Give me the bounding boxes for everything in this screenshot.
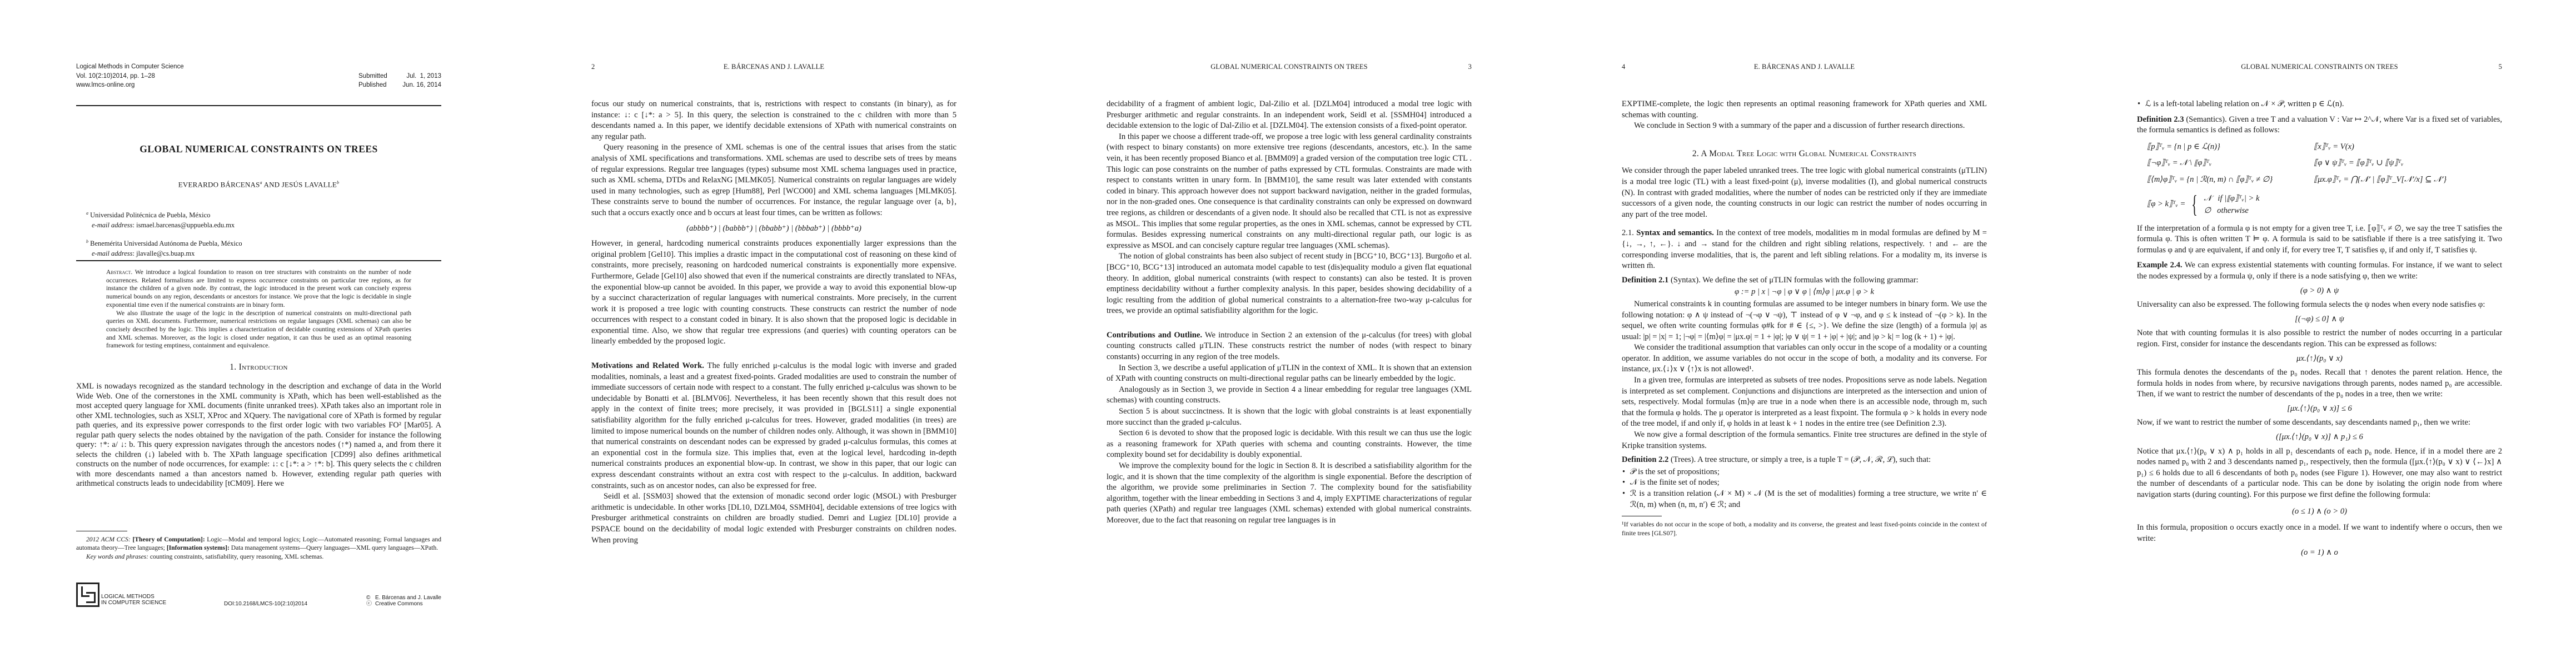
- paragraph: In this paper we choose a different trad…: [1107, 132, 1472, 252]
- affiliation-a: a Universidad Politécnica de Puebla, Méx…: [86, 208, 431, 230]
- definition-2-1: Definition 2.1 (Syntax). We define the s…: [1622, 275, 1987, 286]
- section-2-title: 2. A Modal Tree Logic with Global Numeri…: [1622, 148, 1987, 160]
- paragraph: 2.1. Syntax and semantics. In the contex…: [1622, 228, 1987, 271]
- lmcs-logo-icon: [76, 583, 99, 607]
- paragraph: This formula denotes the descendants of …: [2137, 367, 2502, 400]
- keywords: Key words and phrases: counting constrai…: [76, 553, 441, 561]
- definition-label: Definition 2.1: [1622, 276, 1668, 285]
- running-title: E. BÁRCENAS AND J. LAVALLE: [1622, 63, 1987, 71]
- published-label: Published: [358, 81, 387, 90]
- definition-label: Definition 2.2: [1622, 455, 1668, 464]
- email-label-b: e-mail address: [92, 250, 133, 257]
- example-2-4: Example 2.4. We can express existential …: [2137, 260, 2502, 282]
- acm-ccs: 2012 ACM CCS: [Theory of Computation]: L…: [76, 536, 441, 552]
- paragraph: Analogously as in Section 3, we provide …: [1107, 385, 1472, 406]
- creative-commons-icon: ⓒ: [366, 601, 375, 607]
- section-1-title: 1. Introduction: [76, 362, 441, 372]
- page-body: EXPTIME-complete, the logic then represe…: [1622, 99, 1987, 537]
- paragraph: Section 6 is devoted to show that the pr…: [1107, 428, 1472, 461]
- keywords-label: Key words and phrases:: [86, 553, 148, 560]
- ccs-category-1: [Theory of Computation]:: [132, 536, 205, 543]
- case-2: ∅ otherwise: [2204, 205, 2260, 217]
- subsection-number: 2.1.: [1622, 228, 1634, 237]
- list-item: ℛ is a transition relation (𝒩 × M) × 𝒩 (…: [1622, 489, 1987, 510]
- page-body: focus our study on numerical constraints…: [591, 99, 956, 546]
- definition-2-3: Definition 2.3 (Semantics). Given a tree…: [2137, 115, 2502, 136]
- paragraph: We consider the traditional assumption t…: [1622, 342, 1987, 375]
- paragraph: In Section 3, we describe a useful appli…: [1107, 363, 1472, 385]
- paragraph: The notion of global constraints has bee…: [1107, 251, 1472, 317]
- page-body: decidability of a fragment of ambient lo…: [1107, 99, 1472, 526]
- paragraph: We now give a formal description of the …: [1622, 430, 1987, 451]
- paragraph: Note that with counting formulas it is a…: [2137, 328, 2502, 350]
- page-2: 2 E. BÁRCENAS AND J. LAVALLE focus our s…: [515, 0, 1030, 667]
- running-title: E. BÁRCENAS AND J. LAVALLE: [591, 63, 956, 71]
- counting-semantics: ⟦φ > k⟧ᵀᵥ = { 𝒩 if |⟦φ⟧ᵀᵥ| > k ∅ otherwi…: [2147, 192, 2502, 217]
- footnote-rule: [1622, 516, 1662, 516]
- example-label: Example 2.4.: [2137, 261, 2183, 270]
- intro-text: XML is nowadays recognized as the standa…: [76, 382, 441, 489]
- paragraph: Seidl et al. [SSM03] showed that the ext…: [591, 491, 956, 546]
- paragraph: Now, if we want to restrict the number o…: [2137, 417, 2502, 429]
- license[interactable]: Creative Commons: [375, 601, 423, 607]
- tree-components-list-cont: ℒ is a left-total labeling relation on 𝒩…: [2137, 99, 2502, 110]
- submission-dates: Submitted Jul. 1, 2013 Published Jun. 16…: [358, 72, 441, 90]
- affiliation-b-name: Benemérita Universidad Autónoma de Puebl…: [90, 240, 242, 247]
- doi[interactable]: DOI:10.2168/LMCS-10(2:10)2014: [224, 601, 307, 607]
- list-item: ℒ is a left-total labeling relation on 𝒩…: [2137, 99, 2502, 110]
- ccs-category-2: [Information systems]:: [167, 544, 230, 551]
- paragraph: We consider through the paper labeled un…: [1622, 166, 1987, 220]
- journal-name: Logical Methods in Computer Science: [76, 62, 184, 72]
- paragraph: Motivations and Related Work. The fully …: [591, 361, 956, 491]
- email-a[interactable]: ismael.barcenas@uppuebla.edu.mx: [136, 221, 235, 229]
- semantic-rule: ⟦μx.φ⟧ᵀᵥ = ⋂{𝒩′ | ⟦φ⟧ᵀ_V[𝒩′/x] ⊆ 𝒩′}: [2314, 175, 2502, 186]
- tree-components-list: 𝒫 is the set of propositions; 𝒩 is the f…: [1622, 467, 1987, 510]
- paragraph: We improve the complexity bound for the …: [1107, 461, 1472, 526]
- journal-volume: Vol. 10(2:10)2014, pp. 1–28: [76, 72, 184, 81]
- footnotes-area: 2012 ACM CCS: [Theory of Computation]: L…: [76, 531, 441, 561]
- abstract-label: Abstract.: [106, 268, 132, 276]
- definition-text: We define the set of μTLIN formulas with…: [1701, 276, 1919, 285]
- affiliation-b: b Benemérita Universidad Autónoma de Pue…: [86, 237, 431, 258]
- paragraph: decidability of a fragment of ambient lo…: [1107, 99, 1472, 132]
- running-title: GLOBAL NUMERICAL CONSTRAINTS ON TREES: [1107, 63, 1472, 71]
- display-formula: [μx.⟨↑⟩(p₀ ∨ x)] ≤ 6: [2137, 404, 2502, 415]
- authors: EVERARDO BÁRCENASa AND JESÚS LAVALLEb: [76, 180, 441, 189]
- running-header: GLOBAL NUMERICAL CONSTRAINTS ON TREES 3: [1107, 63, 1472, 73]
- author-2-sup: b: [337, 180, 339, 185]
- affiliation-a-name: Universidad Politécnica de Puebla, Méxic…: [90, 211, 210, 219]
- semantic-rule: ⟦¬φ⟧ᵀᵥ = 𝒩 \ ⟦φ⟧ᵀᵥ: [2147, 158, 2314, 169]
- affiliation-b-sup: b: [86, 239, 88, 244]
- semantic-rule: ⟦p⟧ᵀᵥ = {n | p ∈ ℒ(n)}: [2147, 142, 2314, 153]
- page-footer: LOGICAL METHODS IN COMPUTER SCIENCE DOI:…: [76, 583, 441, 610]
- definition-text: A tree structure, or simply a tree, is a…: [1696, 455, 1931, 464]
- author-1: EVERARDO BÁRCENAS: [178, 180, 260, 188]
- definition-name: (Trees).: [1668, 455, 1696, 464]
- running-header: 4 E. BÁRCENAS AND J. LAVALLE: [1622, 63, 1987, 73]
- authors-and: AND: [262, 180, 282, 188]
- abstract-p1: We introduce a logical foundation to rea…: [106, 268, 411, 308]
- semantics-table: ⟦p⟧ᵀᵥ = {n | p ∈ ℒ(n)} ⟦x⟧ᵀᵥ = V(x) ⟦¬φ⟧…: [2147, 142, 2502, 186]
- definition-label: Definition 2.3: [2137, 115, 2184, 124]
- page-number: 5: [2499, 63, 2502, 71]
- semantic-rule: ⟦⟨m⟩φ⟧ᵀᵥ = {n | ℛ(n, m) ∩ ⟦φ⟧ᵀᵥ ≠ ∅}: [2147, 175, 2314, 186]
- example-text: We can express existential statements wi…: [2137, 261, 2502, 281]
- ccs-text-2: Data management systems—Query languages—…: [230, 544, 438, 551]
- paragraph: If the interpretation of a formula φ is …: [2137, 223, 2502, 256]
- display-formula: (φ > 0) ∧ ψ: [2137, 286, 2502, 297]
- paragraph-text: The fully enriched μ-calculus is the mod…: [591, 361, 956, 490]
- definition-name: (Syntax).: [1668, 276, 1701, 285]
- paragraph: Contributions and Outline. We introduce …: [1107, 330, 1472, 363]
- keywords-text: counting constraints, satisfiability, qu…: [148, 553, 323, 560]
- page-1: Logical Methods in Computer Science Vol.…: [0, 0, 515, 667]
- affiliation-a-sup: a: [86, 211, 88, 216]
- logo-text-2: IN COMPUTER SCIENCE: [101, 600, 166, 606]
- journal-info: Logical Methods in Computer Science Vol.…: [76, 62, 184, 90]
- logo-text-1: LOGICAL METHODS: [101, 594, 166, 600]
- display-formula: (o = 1) ∧ o: [2137, 547, 2502, 559]
- subsection-heading: Syntax and semantics.: [1636, 228, 1714, 237]
- abstract-p2: We also illustrate the usage of the logi…: [106, 310, 411, 351]
- page-3: GLOBAL NUMERICAL CONSTRAINTS ON TREES 3 …: [1030, 0, 1546, 667]
- copyright-icon: ©: [366, 595, 375, 601]
- motivations-heading: Motivations and Related Work.: [591, 361, 704, 370]
- abstract: Abstract. We introduce a logical foundat…: [106, 268, 411, 350]
- submitted-label: Submitted: [358, 72, 387, 81]
- page-number: 3: [1468, 63, 1472, 71]
- author-2: JESÚS LAVALLE: [282, 180, 337, 188]
- counting-lhs: ⟦φ > k⟧ᵀᵥ =: [2147, 199, 2185, 210]
- list-item: 𝒫 is the set of propositions;: [1622, 467, 1987, 478]
- paper-title: GLOBAL NUMERICAL CONSTRAINTS ON TREES: [76, 143, 441, 155]
- paragraph: Notice that μx.⟨↑⟩(p₀ ∨ x) ∧ p₁ holds in…: [2137, 446, 2502, 501]
- paragraph: Section 5 is about succinctness. It is s…: [1107, 406, 1472, 428]
- definition-name: (Semantics).: [2184, 115, 2227, 124]
- email-label-a: e-mail address: [92, 221, 133, 229]
- semantic-rule: ⟦x⟧ᵀᵥ = V(x): [2314, 142, 2502, 153]
- case-1: 𝒩 if |⟦φ⟧ᵀᵥ| > k: [2204, 192, 2260, 205]
- paragraph: Query reasoning in the presence of XML s…: [591, 142, 956, 218]
- running-title: GLOBAL NUMERICAL CONSTRAINTS ON TREES: [2137, 63, 2502, 71]
- copyright-holders: E. Bárcenas and J. Lavalle: [375, 595, 441, 601]
- affiliations-rule: [76, 260, 441, 261]
- email-b[interactable]: jlavalle@cs.buap.mx: [136, 250, 195, 257]
- lmcs-logo: LOGICAL METHODS IN COMPUTER SCIENCE: [76, 583, 166, 607]
- affiliations: a Universidad Politécnica de Puebla, Méx…: [86, 208, 431, 258]
- paragraph: focus our study on numerical constraints…: [591, 99, 956, 142]
- display-formula: (o ≤ 1) ∧ (o > 0): [2137, 506, 2502, 517]
- ccs-label: 2012 ACM CCS:: [86, 536, 131, 543]
- display-formula: (abbbb⁺) | (babbb⁺) | (bbabb⁺) | (bbbab⁺…: [591, 223, 956, 235]
- paragraph: Numerical constraints k in counting form…: [1622, 299, 1987, 342]
- page-4: 4 E. BÁRCENAS AND J. LAVALLE EXPTIME-com…: [1546, 0, 2061, 667]
- display-formula: μx.⟨↑⟩(p₀ ∨ x): [2137, 354, 2502, 365]
- paragraph: Universality can also be expressed. The …: [2137, 300, 2502, 311]
- footnote-1: ¹If variables do not occur in the scope …: [1622, 520, 1987, 537]
- footnote-rule: [76, 531, 127, 531]
- paragraph: We conclude in Section 9 with a summary …: [1622, 121, 1987, 132]
- page-body: ℒ is a left-total labeling relation on 𝒩…: [2137, 99, 2502, 562]
- grammar-formula: φ := p | x | ¬φ | φ ∨ φ | ⟨m⟩φ | μx.φ | …: [1622, 287, 1987, 298]
- semantic-rule: ⟦φ ∨ ψ⟧ᵀᵥ = ⟦φ⟧ᵀᵥ ∪ ⟦ψ⟧ᵀᵥ: [2314, 158, 2502, 169]
- journal-url[interactable]: www.lmcs-online.org: [76, 81, 184, 90]
- list-item: 𝒩 is the finite set of nodes;: [1622, 477, 1987, 489]
- running-header: 2 E. BÁRCENAS AND J. LAVALLE: [591, 63, 956, 73]
- page-5: GLOBAL NUMERICAL CONSTRAINTS ON TREES 5 …: [2061, 0, 2576, 667]
- display-formula: [(¬φ) ≤ 0] ∧ ψ: [2137, 314, 2502, 325]
- contributions-heading: Contributions and Outline.: [1107, 331, 1202, 340]
- paragraph: EXPTIME-complete, the logic then represe…: [1622, 99, 1987, 121]
- published-date: Jun. 16, 2014: [402, 81, 441, 90]
- copyright-block: ©E. Bárcenas and J. Lavalle ⓒCreative Co…: [366, 595, 441, 607]
- running-header: GLOBAL NUMERICAL CONSTRAINTS ON TREES 5: [2137, 63, 2502, 73]
- paragraph: However, in general, hardcoding numerica…: [591, 238, 956, 347]
- definition-2-2: Definition 2.2 (Trees). A tree structure…: [1622, 455, 1987, 466]
- paragraph: In a given tree, formulas are interprete…: [1622, 375, 1987, 430]
- header-rule: [76, 105, 441, 106]
- display-formula: ([μx.⟨↑⟩(p₀ ∨ x)] ∧ p₁) ≤ 6: [2137, 432, 2502, 443]
- paragraph: In this formula, proposition o occurs ex…: [2137, 522, 2502, 544]
- left-brace-icon: {: [2192, 192, 2198, 217]
- submitted-date: Jul. 1, 2013: [406, 72, 441, 81]
- intro-paragraph: XML is nowadays recognized as the standa…: [76, 382, 441, 489]
